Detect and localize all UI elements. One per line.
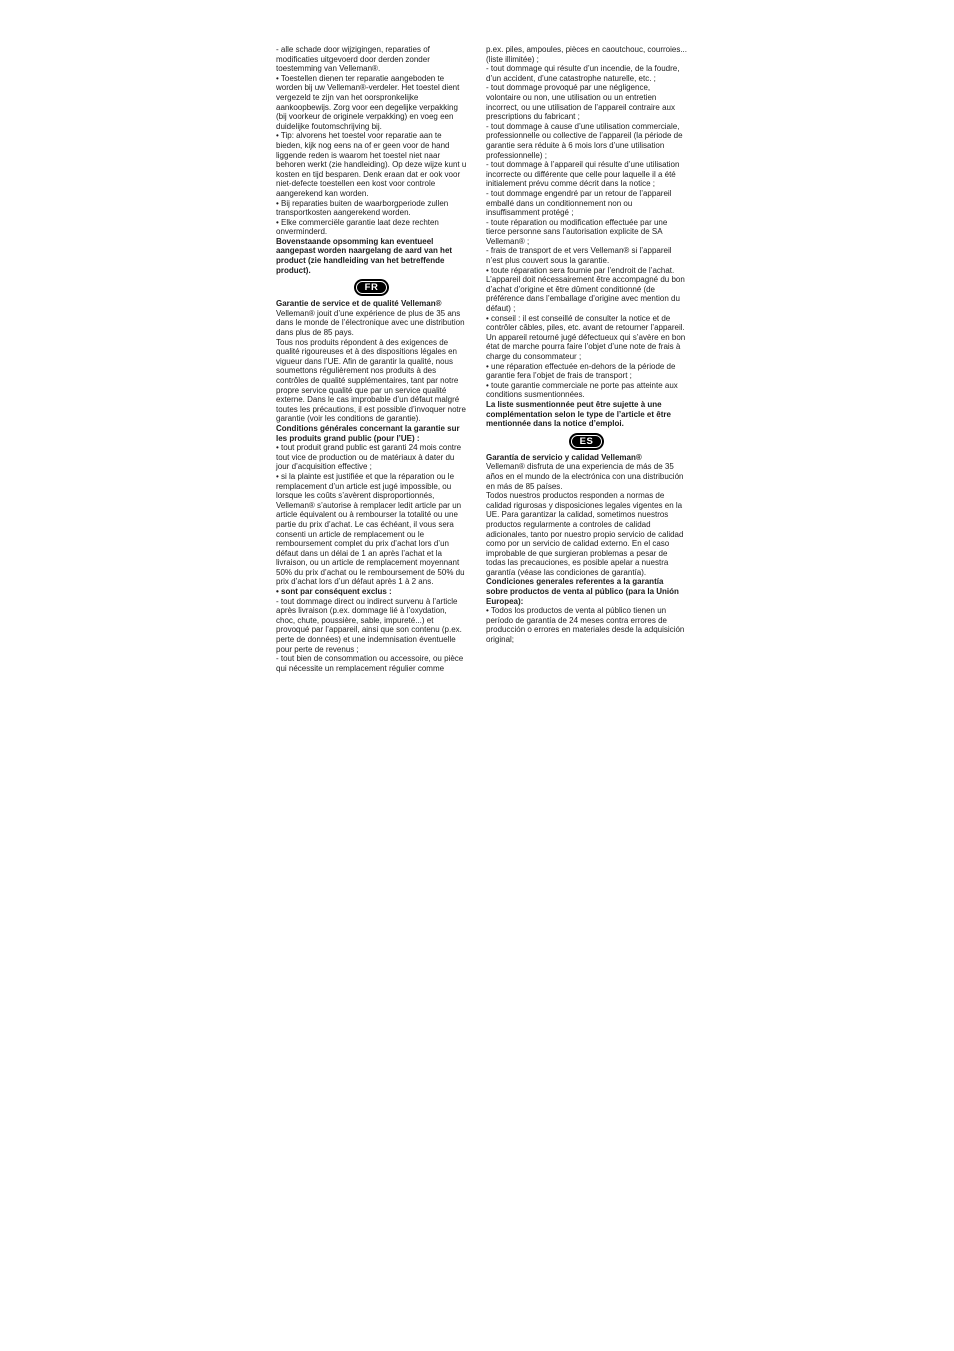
paragraph-nl-modifications: - alle schade door wijzigingen, reparati… (276, 45, 467, 74)
paragraph-nl-tip: • Tip: alvorens het toestel voor reparat… (276, 131, 467, 198)
paragraph-fr-damage-direct: - tout dommage direct ou indirect surven… (276, 597, 467, 655)
paragraph-fr-intro: Velleman® jouit d’une expérience de plus… (276, 309, 467, 338)
heading-es-warranty: Garantía de servicio y calidad Velleman® (486, 453, 687, 463)
heading-fr-exclusions: • sont par conséquent exclus : (276, 587, 467, 597)
fr-flag-badge: FR (354, 279, 389, 296)
fr-badge-label: FR (365, 283, 379, 293)
paragraph-fr-negligence: - tout dommage provoqué par une négligen… (486, 83, 687, 121)
heading-fr-conditions: Conditions générales concernant la garan… (276, 424, 467, 443)
es-badge-inner: ES (571, 435, 602, 448)
paragraph-fr-consumables: - tout bien de consommation ou accessoir… (276, 654, 467, 673)
paragraph-fr-third-party-repair: - toute réparation ou modification effec… (486, 218, 687, 247)
paragraph-nl-commercial-warranty: • Elke commerciële garantie laat deze re… (276, 218, 467, 237)
paragraph-fr-commercial-guarantee: • toute garantie commerciale ne porte pa… (486, 381, 687, 400)
paragraph-es-24-months: • Todos los productos de venta al públic… (486, 606, 687, 644)
language-badge-row-es: ES (486, 433, 687, 450)
paragraph-nl-repair-offer: • Toestellen dienen ter reparatie aangeb… (276, 74, 467, 132)
paragraph-fr-24-months: • tout produit grand public est garanti … (276, 443, 467, 472)
right-column: p.ex. piles, ampoules, pièces en caoutch… (486, 45, 687, 673)
paragraph-fr-consumables-cont: p.ex. piles, ampoules, pièces en caoutch… (486, 45, 687, 64)
warranty-text-columns: - alle schade door wijzigingen, reparati… (276, 45, 687, 673)
paragraph-fr-repair-place: • toute réparation sera fournie par l’en… (486, 266, 687, 314)
es-badge-label: ES (580, 437, 594, 447)
paragraph-fr-list-note: La liste susmentionnée peut être sujette… (486, 400, 687, 429)
paragraph-nl-transport-costs: • Bij reparaties buiten de waarborgperio… (276, 199, 467, 218)
paragraph-fr-transport-fees: - frais de transport de et vers Velleman… (486, 246, 687, 265)
left-column: - alle schade door wijzigingen, reparati… (276, 45, 467, 673)
paragraph-fr-incorrect-use: - tout dommage à l’appareil qui résulte … (486, 160, 687, 189)
paragraph-fr-out-of-period: • une réparation effectuée en-dehors de … (486, 362, 687, 381)
paragraph-nl-note-bold: Bovenstaande opsomming kan eventueel aan… (276, 237, 467, 275)
document-page: - alle schade door wijzigingen, reparati… (0, 0, 954, 1351)
paragraph-fr-replacement: • si la plainte est justifiée et que la … (276, 472, 467, 587)
paragraph-es-intro: Velleman® disfruta de una experiencia de… (486, 462, 687, 491)
paragraph-es-quality: Todos nuestros productos responden a nor… (486, 491, 687, 577)
heading-fr-warranty: Garantie de service et de qualité Vellem… (276, 299, 467, 309)
heading-es-conditions: Condiciones generales referentes a la ga… (486, 577, 687, 606)
paragraph-fr-quality: Tous nos produits répondent à des exigen… (276, 338, 467, 424)
paragraph-fr-return-packaging: - tout dommage engendré par un retour de… (486, 189, 687, 218)
es-flag-badge: ES (569, 433, 604, 450)
fr-badge-inner: FR (356, 281, 387, 294)
paragraph-fr-advice: • conseil : il est conseillé de consulte… (486, 314, 687, 362)
language-badge-row-fr: FR (276, 279, 467, 296)
paragraph-fr-commercial-use: - tout dommage à cause d’une utilisation… (486, 122, 687, 160)
paragraph-fr-fire-damage: - tout dommage qui résulte d’un incendie… (486, 64, 687, 83)
